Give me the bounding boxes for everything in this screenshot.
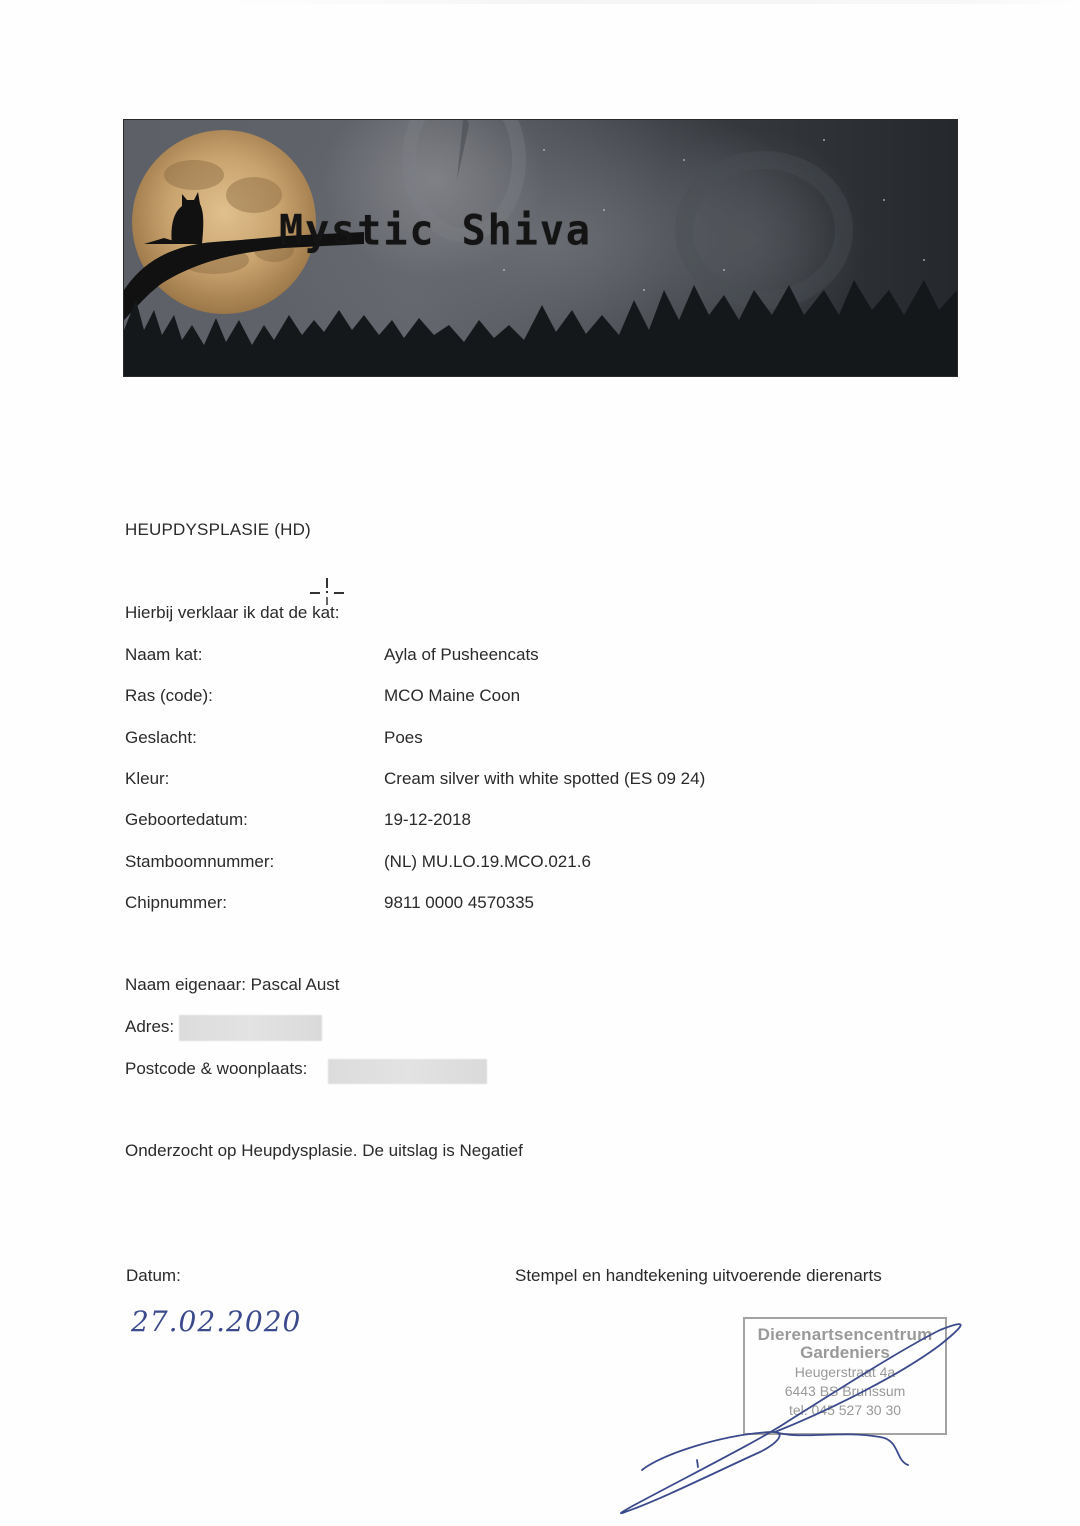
field-label-kleur: Kleur: — [125, 769, 169, 789]
stamp-line-5: tel. 045 527 30 30 — [745, 1401, 945, 1420]
field-value-naam-kat: Ayla of Pusheencats — [384, 645, 539, 665]
field-value-geboortedatum: 19-12-2018 — [384, 810, 471, 830]
declaration-intro: Hierbij verklaar ik dat de kat: — [125, 603, 339, 623]
stamp-line-3: Heugerstraat 4a — [745, 1363, 945, 1382]
document-heading: HEUPDYSPLASIE (HD) — [125, 520, 311, 540]
test-result: Onderzocht op Heupdysplasie. De uitslag … — [125, 1141, 523, 1161]
vet-stamp: Dierenartsencentrum Gardeniers Heugerstr… — [743, 1317, 947, 1435]
field-value-geslacht: Poes — [384, 728, 423, 748]
field-label-geboortedatum: Geboortedatum: — [125, 810, 248, 830]
redacted-postcode — [328, 1059, 487, 1084]
owner-address-label: Adres: — [125, 1017, 174, 1037]
owner-postcode-label: Postcode & woonplaats: — [125, 1059, 307, 1079]
stamp-line-2: Gardeniers — [745, 1343, 945, 1363]
stamp-signature-label: Stempel en handtekening uitvoerende dier… — [515, 1266, 882, 1286]
field-value-stamboomnummer: (NL) MU.LO.19.MCO.021.6 — [384, 852, 591, 872]
stamp-line-1: Dierenartsencentrum — [745, 1325, 945, 1345]
field-label-ras: Ras (code): — [125, 686, 213, 706]
field-label-stamboomnummer: Stamboomnummer: — [125, 852, 274, 872]
field-label-naam-kat: Naam kat: — [125, 645, 202, 665]
redacted-address — [179, 1015, 322, 1041]
field-label-geslacht: Geslacht: — [125, 728, 197, 748]
stamp-line-4: 6443 BS Brunssum — [745, 1382, 945, 1401]
scan-edge — [0, 0, 1080, 4]
datum-label: Datum: — [126, 1266, 181, 1286]
datum-handwritten-value: 27.02.2020 — [131, 1305, 301, 1338]
banner-title: Mystic Shiva — [279, 207, 592, 255]
owner-name: Naam eigenaar: Pascal Aust — [125, 975, 340, 995]
document-page: Mystic Shiva HEUPDYSPLASIE (HD) Hierbij … — [0, 0, 1080, 1526]
field-label-chipnummer: Chipnummer: — [125, 893, 227, 913]
header-banner: Mystic Shiva — [124, 120, 957, 376]
field-value-chipnummer: 9811 0000 4570335 — [384, 893, 534, 913]
field-value-kleur: Cream silver with white spotted (ES 09 2… — [384, 769, 705, 789]
field-value-ras: MCO Maine Coon — [384, 686, 520, 706]
scan-mark-icon — [307, 576, 347, 606]
